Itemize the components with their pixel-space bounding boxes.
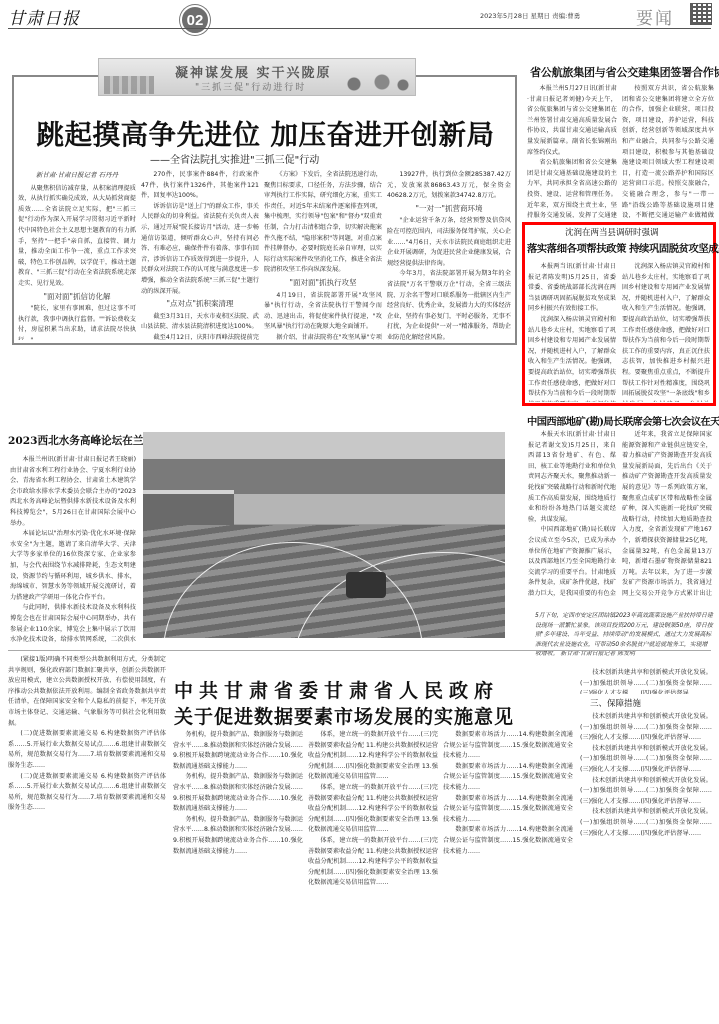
photo-caption: 5月下旬，定西市安定区团结镇2023年高效蔬菜设施产业扶持带日建设现场一派繁忙景…	[535, 612, 713, 660]
policy-column-5-top: 技术创新共建共享和创新模式开放化发展。(一)加强组织领导……(二)加强资金保障……	[580, 668, 712, 694]
policy-column-3: 体系，建立统一的数据开放平台……(三)完善数据要素收益分配 11.构建公共数据授…	[308, 730, 438, 1020]
newspaper-logo: 甘肃日报	[8, 4, 80, 29]
policy-title-line2[interactable]: 关于促进数据要素市场发展的实施意见	[174, 702, 514, 729]
banner-subtitle: "三抓三促"行动进行时	[195, 80, 306, 93]
lead-column-4: 13927件，执行到位金额285387.42万元，发放案款86863.43万元，…	[387, 170, 511, 340]
article-paragraph: 与此同时，供排水新技术设备及水利科技博览会也在甘肃国际会展中心同期举办，共有参展…	[10, 603, 136, 645]
article-paragraph: 本报兰州5月27日讯(新甘肃·甘肃日报记者刘健)今天上午，省公航旅集团与省公交建…	[527, 84, 617, 158]
policy-paragraph: 数据要素市场活力……14.构建数据全流通合规公证与监管制度……15.强化数据流通…	[443, 762, 573, 794]
policy-paragraph: 技术创新共建共享和创新模式开放化发展。(一)加强组织领导……(二)加强资金保障……	[580, 807, 712, 839]
section-name: 要闻	[636, 4, 674, 29]
policy-column-4: 数据要素市场活力……14.构建数据全流通合规公证与监管制度……15.强化数据流通…	[443, 730, 573, 1020]
article-paragraph: 近年来，我省立足保障国家能源资源和产业链供应链安全，着力推动矿产资源勘查开发高质…	[622, 430, 712, 600]
lead-column-3: 《方案》下发后，全省法院迅速行动，聚焦目标要求，口径任务，方法步骤，结合审判执行…	[264, 170, 382, 340]
section-subhead: "面对面"抓信访化解	[18, 292, 136, 303]
section-heading: 三、保障措施	[590, 697, 641, 709]
article-paragraph: 按照双方共识，省公航旅集团和省公交建集团将建立全方位的合作，加强企业联营，项目投…	[622, 84, 714, 218]
policy-paragraph: 体系，建立统一的数据开放平台……(三)完善数据要素收益分配 11.构建公共数据授…	[308, 730, 438, 783]
article-paragraph: 沈润深入杨店镇灵官殿村和站儿巷乡太庄村，实地察看了巩固乡村建设和专用园产业发展情…	[622, 262, 710, 402]
cooperation-headline[interactable]: 省公航旅集团与省公交建集团签署合作协议	[530, 64, 719, 80]
policy-paragraph: 技术创新共建共享和创新模式开放化发展。(一)加强组织领导……(二)加强资金保障……	[580, 712, 712, 744]
lead-column-2: 270件，民事案件884件，行政案件47件，执行案件1326件，其他案件121件…	[141, 170, 259, 340]
masthead-divider	[8, 28, 711, 29]
water-forum-headline[interactable]: 2023西北水务高峰论坛在兰举办	[8, 433, 165, 448]
geology-column-1: 本报天水讯(新甘肃·甘肃日报记者谢文发)5月25日，来自西部13省份地矿、有色、…	[528, 430, 616, 600]
policy-paragraph: 数据要素市场活力……14.构建数据全流通合规公证与监管制度……15.强化数据流通…	[443, 730, 573, 762]
lead-paragraph: 诉诉信访是"送上门"的群众工作，事关人民群众的切身利益。省法院有关负责人表示，通…	[141, 202, 259, 297]
policy-paragraph: 体系，建立统一的数据开放平台……(三)完善数据要素收益分配 11.构建公共数据授…	[308, 836, 438, 889]
highlighted-headline[interactable]: 落实落细各项帮扶政策 持续巩固脱贫攻坚成果	[527, 240, 719, 255]
tractor-shape	[346, 572, 386, 598]
cooperation-column-2: 按照双方共识，省公航旅集团和省公交建集团将建立全方位的合作，加强企业联营，项目投…	[622, 84, 714, 218]
lead-paragraph: "企业运营千条万条，经营预警及信贷风险在可控范围内，司法服务保驾护航，关心企业……	[387, 216, 511, 269]
byline: 新甘肃·甘肃日报记者 石丹丹	[18, 170, 136, 181]
article-paragraph: 本届论坛以"治理水污染·优化水环境·保障水安全"为主题，邀请了来自清华大学、天津…	[10, 529, 136, 603]
policy-paragraph: 务机构，提升数据产品、数据服务与数据运营水平……8.推动数据和实体经济融合发展……	[173, 772, 303, 814]
cooperation-column-1: 本报兰州5月27日讯(新甘肃·甘肃日报记者刘健)今天上午，省公航旅集团与省公交建…	[527, 84, 617, 218]
policy-paragraph: 体系，建立统一的数据开放平台……(三)完善数据要素收益分配 11.构建公共数据授…	[308, 783, 438, 836]
article-paragraph: 沈润深入杨店镇灵官殿村和站儿巷乡太庄村，实地察看了巩固乡村建设和专用园产业发展情…	[528, 315, 616, 402]
article-paragraph: 本报天水讯(新甘肃·甘肃日报记者谢文发)5月25日，来自西部13省份地矿、有色、…	[528, 430, 616, 525]
section-subhead: "点对点"抓积案清理	[141, 299, 259, 310]
article-paragraph: 中国西部地矿(勘)局长联席会议成立至今5次，已成为承办单位所在地矿产资源推广展示…	[528, 525, 616, 600]
policy-paragraph: 务机构，提升数据产品、数据服务与数据运营水平……8.推动数据和实体经济融合发展……	[173, 730, 303, 772]
policy-paragraph: 数据要素市场活力……14.构建数据全流通合规公证与监管制度……15.强化数据流通…	[443, 825, 573, 857]
article-paragraph: 本报兰州讯(新甘肃·甘肃日报记者王晓丽)由甘肃省水利工程行业协会、宁夏水利行业协…	[10, 455, 136, 529]
policy-paragraph: (二)促进数据要素流通交易 6.构建数据资产评估体系……5.开展行业大数据交易试…	[8, 729, 166, 771]
shed-shape	[143, 490, 234, 527]
policy-paragraph: 技术创新共建共享和创新模式开放化发展。(一)加强组织领导……(二)加强资金保障……	[580, 776, 712, 808]
lead-paragraph: "院长，家里有事困难，但过这事不可执行款，我事中调执行监督。""诉讼费收支付，房…	[18, 304, 136, 340]
section-divider	[8, 650, 711, 651]
water-forum-body: 本报兰州讯(新甘肃·甘肃日报记者王晓丽)由甘肃省水利工程行业协会、宁夏水利行业协…	[10, 455, 136, 645]
policy-paragraph: 技术创新共建共享和创新模式开放化发展。(一)加强组织领导……(二)加强资金保障……	[580, 668, 712, 694]
qr-code-icon[interactable]	[690, 3, 712, 25]
highlighted-kicker: 沈润在两当县调研时强调	[565, 226, 659, 238]
section-subhead: "面对面"抓执行攻坚	[264, 278, 382, 289]
trees-icon	[340, 74, 410, 94]
lead-paragraph: 截至3月31日，天水市麦积区法院、武山县法院、清水县法院清积进度达100%。	[141, 312, 259, 333]
policy-paragraph: 数据要素市场活力……14.构建数据全流通合规公证与监管制度……15.强化数据流通…	[443, 794, 573, 826]
dateline: 2023年5月28日 星期日 责编:曹勇	[480, 11, 580, 20]
farm-photo[interactable]	[143, 432, 505, 638]
lead-paragraph: 《方案》下发后，全省法院迅速行动，聚焦目标要求，口径任务，方法步骤，结合审判执行…	[264, 170, 382, 276]
lead-paragraph: 270件，民事案件884件，行政案件47件，执行案件1326件，其他案件121件…	[141, 170, 259, 202]
lead-paragraph: 13927件，执行到位金额285387.42万元，发放案款86863.43万元，…	[387, 170, 511, 202]
lead-paragraph: 今年3月，省法院部署开展为期3年的全省法院"万名干警联万企"行动，全省三级法院、…	[387, 269, 511, 340]
policy-column-2: 务机构，提升数据产品、数据服务与数据运营水平……8.推动数据和实体经济融合发展……	[173, 730, 303, 1020]
policy-lead-in: (紧接1版)明确不同类型公共数据利用方式，分类制定共享规则，强化政府部门数据汇聚…	[8, 655, 166, 1020]
geology-headline[interactable]: 中国西部地矿(勘)局长联席会第七次会议在天水召开	[527, 413, 719, 428]
policy-paragraph: 技术创新共建共享和创新模式开放化发展。(一)加强组织领导……(二)加强资金保障……	[580, 744, 712, 776]
policy-paragraph: (紧接1版)明确不同类型公共数据利用方式，分类制定共享规则，强化政府部门数据汇聚…	[8, 655, 166, 729]
lead-headline[interactable]: 跳起摸高争先进位 加压奋进开创新局	[18, 112, 513, 152]
policy-title-line1[interactable]: 中共甘肃省委甘肃省人民政府	[174, 676, 499, 703]
banner-title: 凝神谋发展 实干兴陇原	[175, 62, 332, 81]
policy-paragraph: (二)促进数据要素流通交易 6.构建数据资产评估体系……5.开展行业大数据交易试…	[8, 772, 166, 814]
lead-subhead: ——全省法院扎实推进"三抓三促"行动	[150, 151, 319, 166]
geology-column-2: 近年来，我省立足保障国家能源资源和产业链供应链安全，着力推动矿产资源勘查开发高质…	[622, 430, 712, 600]
lead-paragraph: 从聚焦积信访减存量，从积案清理提质效，从执行抓实确兑成效，从大局抓营商提质效………	[18, 184, 136, 290]
lead-paragraph: 4月19日，省法院部署开展"攻坚风暴"执行行动，全省法院执行干警闻令而动、迅速出…	[264, 291, 382, 333]
city-skyline-icon	[104, 76, 154, 94]
article-paragraph: 省公航旅集团和省公交建集团是甘肃交通基础设施建设的主力军，共同承担全省高速公路的…	[527, 158, 617, 218]
lead-paragraph: 截至4月12日，庆阳市西峰法院提前完成清积任务，分别比规定时间提前18天和49天…	[141, 333, 259, 340]
lead-paragraph: 据介绍，甘肃法院将在"攻坚风暴"专项执行行动中，聚焦涉民生、涉企业等重点案件，集…	[264, 333, 382, 340]
policy-column-5: 技术创新共建共享和创新模式开放化发展。(一)加强组织领导……(二)加强资金保障……	[580, 712, 712, 1020]
highlighted-column-1: 本报两当讯(新甘肃·甘肃日报记者陈发明)5月25日，省委常委、省委统战部部长沈润…	[528, 262, 616, 402]
section-subhead: "一对一"抓营商环境	[387, 204, 511, 215]
page-number-badge: 02	[180, 5, 210, 35]
policy-paragraph: 务机构，提升数据产品、数据服务与数据运营水平……8.推动数据和实体经济融合发展……	[173, 815, 303, 857]
highlighted-column-2: 沈润深入杨店镇灵官殿村和站儿巷乡太庄村，实地察看了巩固乡村建设和专用园产业发展情…	[622, 262, 710, 402]
article-paragraph: 本报两当讯(新甘肃·甘肃日报记者陈发明)5月25日，省委常委、省委统战部部长沈润…	[528, 262, 616, 315]
lead-column-1: 新甘肃·甘肃日报记者 石丹丹 从聚焦积信访减存量，从积案清理提质效，从执行抓实确…	[18, 170, 136, 340]
